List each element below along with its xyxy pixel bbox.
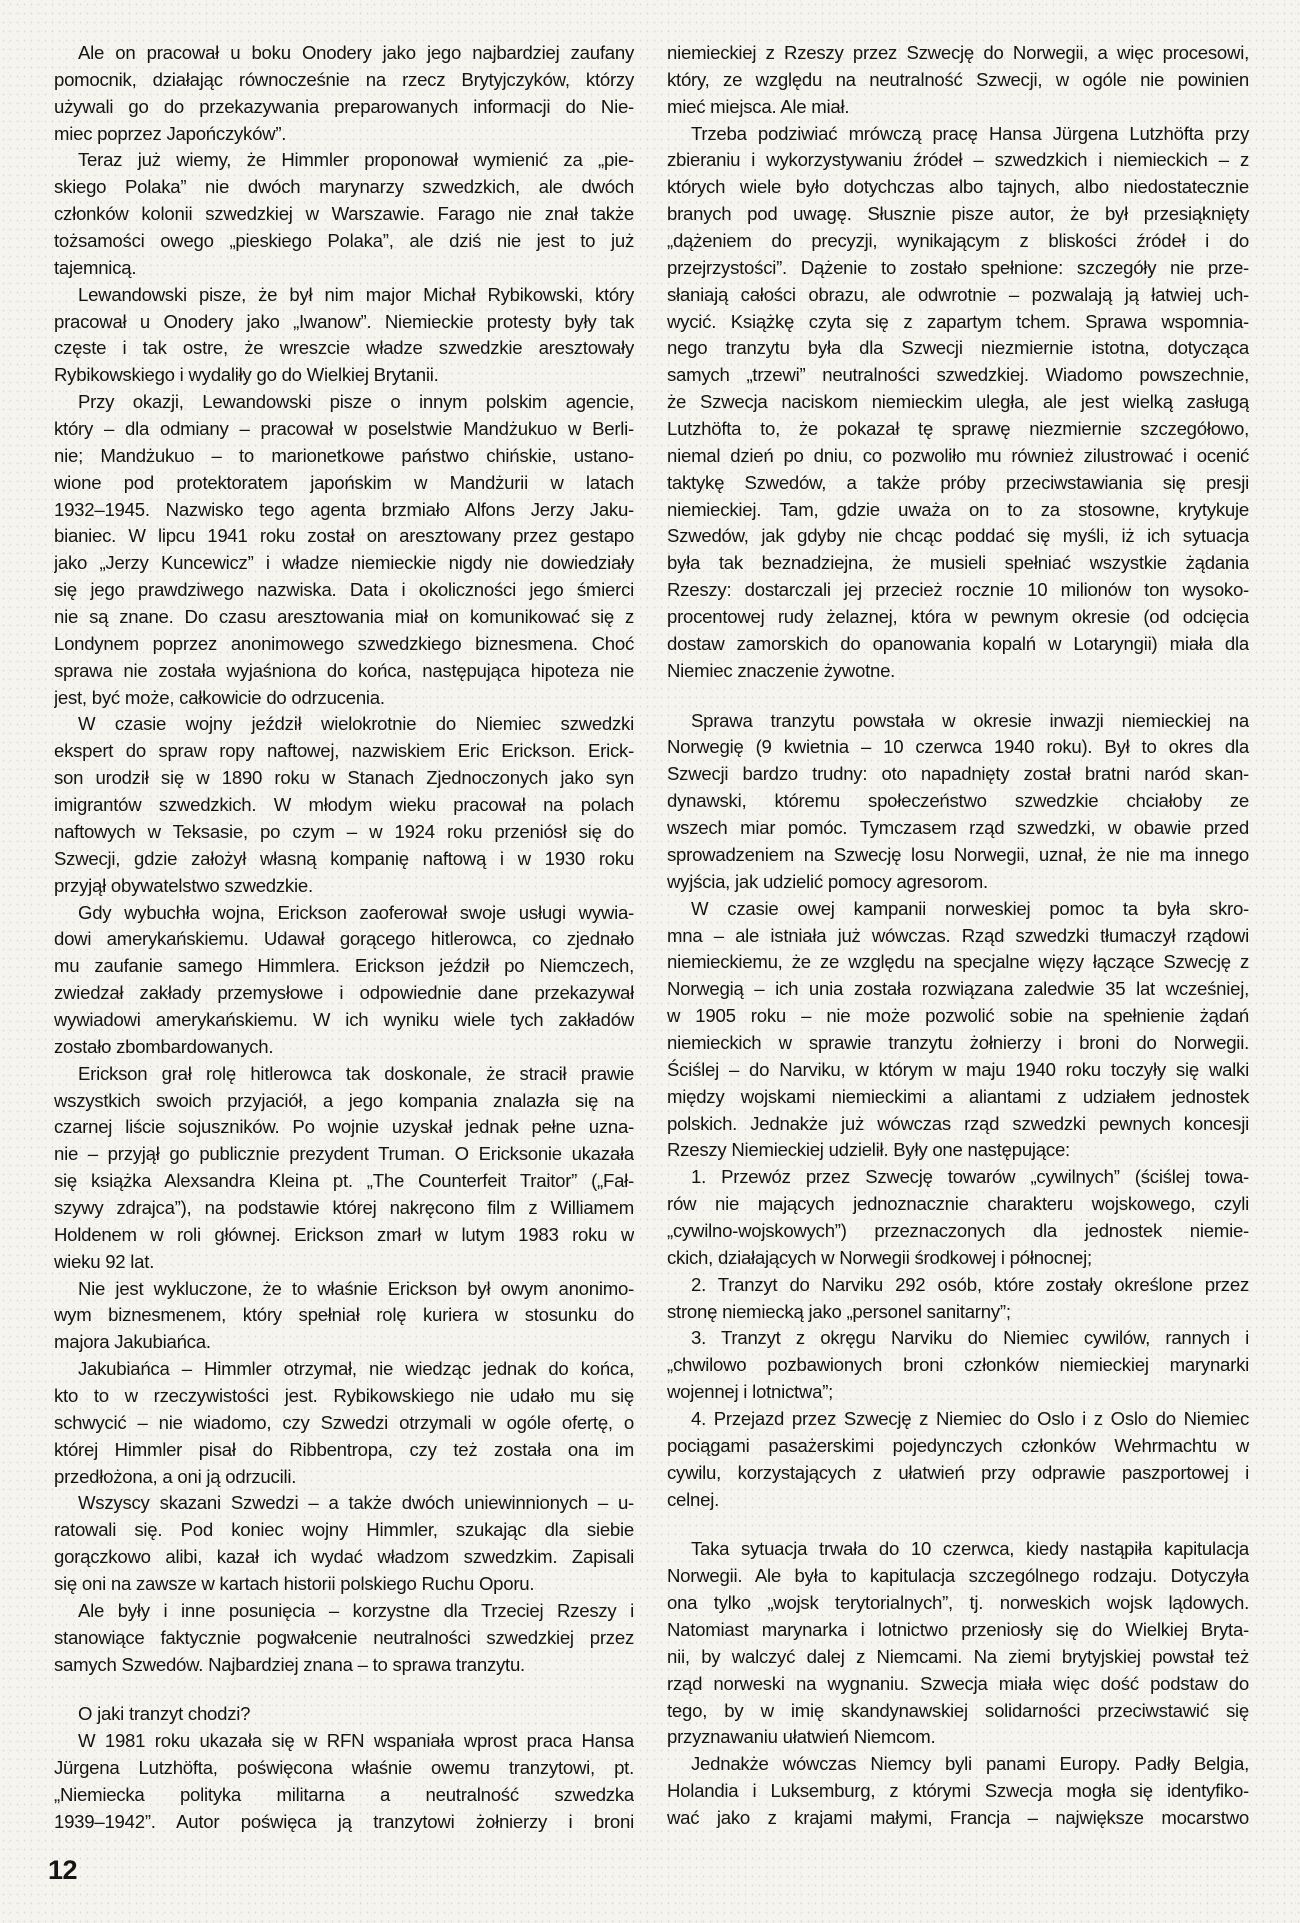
text-line: Lewandowski pisze, że był nim major Mich… <box>54 282 634 309</box>
text-line: taktykę Szwedów, a także próby przeciwst… <box>667 470 1249 497</box>
text-line: W czasie wojny jeździł wielokrotnie do N… <box>54 711 634 738</box>
text-line: nie są znane. Do czasu aresztowania miał… <box>54 604 634 631</box>
text-line: Trzeba podziwiać mrówczą pracę Hansa Jür… <box>667 121 1249 148</box>
text-line: Ale były i inne posunięcia – korzystne d… <box>54 1598 634 1625</box>
text-line: mna – ale istniała już wówczas. Rząd szw… <box>667 923 1249 950</box>
paragraph: Taka sytuacja trwała do 10 czerwca, kied… <box>667 1536 1249 1751</box>
text-line: „chwilowo pozbawionych broni członków ni… <box>667 1352 1249 1379</box>
text-line: ratowali się. Pod koniec wojny Himmler, … <box>54 1517 634 1544</box>
text-line: nie; Mandżukuo – to marionetkowe państwo… <box>54 443 634 470</box>
text-line: pracował u Onodery jako „Iwanow”. Niemie… <box>54 309 634 336</box>
text-line: Rybikowskiego i wydaliły go do Wielkiej … <box>54 362 634 389</box>
text-line: skiego Polaka” nie dwóch marynarzy szwed… <box>54 174 634 201</box>
text-line: wyjścia, jak udzielić pomocy agresorom. <box>667 869 1249 896</box>
paragraph: Erickson grał rolę hitlerowca tak doskon… <box>54 1061 634 1276</box>
section-break <box>667 685 1249 708</box>
text-line: się jego prawdziwego nazwiska. Data i ok… <box>54 577 634 604</box>
text-line: Holdenem w roli głównej. Erickson zmarł … <box>54 1222 634 1249</box>
text-line: samych „trzewi” neutralności szwedzkiej.… <box>667 362 1249 389</box>
text-line: majora Jakubiańca. <box>54 1329 634 1356</box>
text-line: Londynem poprzez anonimowego szwedzkiego… <box>54 631 634 658</box>
paragraph: Gdy wybuchła wojna, Erickson zaoferował … <box>54 900 634 1061</box>
text-line: przyznawaniu ułatwień Niemcom. <box>667 1724 1249 1751</box>
text-line: nego tranzytu była dla Szwecji niezmiern… <box>667 335 1249 362</box>
text-line: stanowiące faktycznie pogwałcenie neutra… <box>54 1625 634 1652</box>
text-line: czarnej liście sojuszników. Po wojnie uz… <box>54 1114 634 1141</box>
text-line: dowi amerykańskiemu. Udawał gorącego hit… <box>54 926 634 953</box>
text-line: częste i tak ostre, że wreszcie władze s… <box>54 335 634 362</box>
text-line: O jaki tranzyt chodzi? <box>54 1701 634 1728</box>
text-line: Rzeszy: dostarczali jej przecież rocznie… <box>667 577 1249 604</box>
text-line: Ale on pracował u boku Onodery jako jego… <box>54 40 634 67</box>
text-line: wszech miar pomóc. Tymczasem rząd szwedz… <box>667 815 1249 842</box>
text-line: tożsamości owego „pieskiego Polaka”, ale… <box>54 228 634 255</box>
text-line: 1. Przewóz przez Szwecję towarów „cywiln… <box>667 1164 1249 1191</box>
text-line: 3. Tranzyt z okręgu Narviku do Niemiec c… <box>667 1325 1249 1352</box>
text-line: Taka sytuacja trwała do 10 czerwca, kied… <box>667 1536 1249 1563</box>
text-line: mu zaufanie samego Himmlera. Erickson je… <box>54 953 634 980</box>
paragraph: Jednakże wówczas Niemcy byli panami Euro… <box>667 1751 1249 1832</box>
text-line: polskich. Jednakże już wówczas rząd szwe… <box>667 1111 1249 1138</box>
text-line: w 1905 roku – nie może pozwolić sobie na… <box>667 1003 1249 1030</box>
text-line: Teraz już wiemy, że Himmler proponował w… <box>54 147 634 174</box>
section-break <box>667 1513 1249 1536</box>
text-line: przejrzystości”. Dążenie to zostało speł… <box>667 255 1249 282</box>
paragraph: Wszyscy skazani Szwedzi – a także dwóch … <box>54 1490 634 1597</box>
text-line: 1939–1942”. Autor poświęca ją tranzytowi… <box>54 1809 634 1836</box>
text-line: niemieckiej. Tam, gdzie uważa on to za s… <box>667 497 1249 524</box>
text-line: wszystkich swoich przyjaciół, a jego kom… <box>54 1088 634 1115</box>
text-line: nii, by walczyć dalej z Niemcami. Na zie… <box>667 1644 1249 1671</box>
text-line: sprowadzeniem na Szwecję losu Norwegii, … <box>667 842 1249 869</box>
text-line: której Himmler pisał do Ribbentropa, czy… <box>54 1437 634 1464</box>
text-line: stronę niemiecką jako „personel sanitarn… <box>667 1299 1249 1326</box>
paragraph: Sprawa tranzytu powstała w okresie inwaz… <box>667 708 1249 896</box>
text-line: imigrantów szwedzkich. W młodym wieku pr… <box>54 792 634 819</box>
text-line: Jürgena Lutzhöfta, poświęcona właśnie ow… <box>54 1755 634 1782</box>
text-line: bianiec. W lipcu 1941 roku został on are… <box>54 523 634 550</box>
text-line: miec poprzez Japończyków”. <box>54 121 634 148</box>
paragraph: Ale on pracował u boku Onodery jako jego… <box>54 40 634 147</box>
page-number: 12 <box>48 1855 77 1886</box>
text-line: dostaw zamorskich do opanowania kopalń w… <box>667 631 1249 658</box>
text-line: ekspert do spraw ropy naftowej, nazwiski… <box>54 738 634 765</box>
text-line: słaniają całości obrazu, ale odwrotnie –… <box>667 282 1249 309</box>
text-line: tajemnicą. <box>54 255 634 282</box>
text-line: niemal dzień po dniu, co pozwoliło mu ró… <box>667 443 1249 470</box>
text-line: zbieraniu i wykorzystywaniu źródeł – szw… <box>667 147 1249 174</box>
text-line: samych Szwedów. Najbardziej znana – to s… <box>54 1652 634 1679</box>
text-line: procentowej rudy żelaznej, która w pewny… <box>667 604 1249 631</box>
text-line: niemieckich w sprawie tranzytu żołnierzy… <box>667 1030 1249 1057</box>
text-line: 1932–1945. Nazwisko tego agenta brzmiało… <box>54 497 634 524</box>
text-line: nie – przyjął go publicznie prezydent Tr… <box>54 1141 634 1168</box>
text-line: który – dla odmiany – pracował w poselst… <box>54 416 634 443</box>
text-line: Norwegię (9 kwietnia – 10 czerwca 1940 r… <box>667 734 1249 761</box>
text-line: „Niemiecka polityka militarna a neutraln… <box>54 1782 634 1809</box>
text-line: son urodził się w 1890 roku w Stanach Zj… <box>54 765 634 792</box>
text-line: branych pod uwagę. Słusznie pisze autor,… <box>667 201 1249 228</box>
text-line: Nie jest wykluczone, że to właśnie Erick… <box>54 1276 634 1303</box>
paragraph: Ale były i inne posunięcia – korzystne d… <box>54 1598 634 1679</box>
text-line: Rzeszy Niemieckiej udzielił. Były one na… <box>667 1137 1249 1164</box>
text-line: szywy zdrajca”), na podstawie której nak… <box>54 1195 634 1222</box>
text-line: wione pod protektoratem japońskim w Mand… <box>54 470 634 497</box>
text-line: „cywilno-wojskowych”) przeznaczonych dla… <box>667 1218 1249 1245</box>
text-line: że Szwecja naciskom niemieckim uległa, a… <box>667 389 1249 416</box>
text-line: ckich, działających w Norwegii środkowej… <box>667 1245 1249 1272</box>
text-line: 4. Przejazd przez Szwecję z Niemiec do O… <box>667 1406 1249 1433</box>
left-column: Ale on pracował u boku Onodery jako jego… <box>54 40 634 1836</box>
text-line: wywiadowi amerykańskiemu. W ich wyniku w… <box>54 1007 634 1034</box>
text-line: Sprawa tranzytu powstała w okresie inwaz… <box>667 708 1249 735</box>
paragraph: W 1981 roku ukazała się w RFN wspaniała … <box>54 1728 634 1835</box>
list-item: 2. Tranzyt do Narviku 292 osób, które zo… <box>667 1272 1249 1326</box>
text-line: Jakubiańca – Himmler otrzymał, nie wiedz… <box>54 1356 634 1383</box>
text-line: cywilu, korzystających z ułatwień przy o… <box>667 1460 1249 1487</box>
text-line: niemieckiemu, że ze względu na specjalne… <box>667 949 1249 976</box>
text-line: Ściślej – do Narviku, w którym w maju 19… <box>667 1057 1249 1084</box>
text-line: rów nie mających jednoznacznie charakter… <box>667 1191 1249 1218</box>
list-item: 4. Przejazd przez Szwecję z Niemiec do O… <box>667 1406 1249 1513</box>
text-line: „dążeniem do precyzji, wynikającym z bli… <box>667 228 1249 255</box>
text-line: wać jako z krajami małymi, Francja – naj… <box>667 1805 1249 1832</box>
paragraph: W czasie wojny jeździł wielokrotnie do N… <box>54 711 634 899</box>
text-line: W 1981 roku ukazała się w RFN wspaniała … <box>54 1728 634 1755</box>
text-line: przedłożona, a oni ją odrzucili. <box>54 1464 634 1491</box>
text-line: przyjął obywatelstwo szwedzkie. <box>54 873 634 900</box>
text-line: których wiele było dotychczas albo tajny… <box>667 174 1249 201</box>
text-line: pomocnik, działając równocześnie na rzec… <box>54 67 634 94</box>
text-line: Szwecji, gdzie założył własną kompanię n… <box>54 846 634 873</box>
text-line: tego, by w imię skandynawskiej solidarno… <box>667 1698 1249 1725</box>
text-line: dynawski, któremu społeczeństwo szwedzki… <box>667 788 1249 815</box>
text-line: niemieckiej z Rzeszy przez Szwecję do No… <box>667 40 1249 67</box>
text-line: celnej. <box>667 1487 1249 1514</box>
text-line: się oni na zawsze w kartach historii pol… <box>54 1571 634 1598</box>
text-line: wojennej i lotnictwa”; <box>667 1379 1249 1406</box>
text-line: Gdy wybuchła wojna, Erickson zaoferował … <box>54 900 634 927</box>
text-line: pociągami pasażerskimi pojedynczych czło… <box>667 1433 1249 1460</box>
text-line: kto to w rzeczywistości jest. Rybikowski… <box>54 1383 634 1410</box>
text-line: między wojskami niemieckimi a aliantami … <box>667 1084 1249 1111</box>
text-line: Norwegią – ich unia została rozwiązana z… <box>667 976 1249 1003</box>
text-line: była tak beznadziejna, że musieli spełni… <box>667 550 1249 577</box>
paragraph: niemieckiej z Rzeszy przez Szwecję do No… <box>667 40 1249 121</box>
paragraph: Lewandowski pisze, że był nim major Mich… <box>54 282 634 389</box>
text-line: rząd norweski na wygnaniu. Szwecja miała… <box>667 1671 1249 1698</box>
text-line: mieć miejsca. Ale miał. <box>667 94 1249 121</box>
paragraph: Teraz już wiemy, że Himmler proponował w… <box>54 147 634 281</box>
text-line: wym biznesmenem, który spełniał rolę kur… <box>54 1302 634 1329</box>
text-line: Szwedów, jak gdyby nie chcąc poddać się … <box>667 523 1249 550</box>
text-line: się książka Alexsandra Kleina pt. „The C… <box>54 1168 634 1195</box>
text-line: Lutzhöfta to, że pokazał tę sprawę niezm… <box>667 416 1249 443</box>
list-item: 1. Przewóz przez Szwecję towarów „cywiln… <box>667 1164 1249 1271</box>
text-line: Szwecji bardzo trudny: oto napadnięty zo… <box>667 761 1249 788</box>
text-line: Norwegii. Ale była to kapitulacja szczeg… <box>667 1563 1249 1590</box>
paragraph: Trzeba podziwiać mrówczą pracę Hansa Jür… <box>667 121 1249 685</box>
text-line: Przy okazji, Lewandowski pisze o innym p… <box>54 389 634 416</box>
text-line: używali go do przekazywania preparowanyc… <box>54 94 634 121</box>
text-line: Erickson grał rolę hitlerowca tak doskon… <box>54 1061 634 1088</box>
magazine-page: Ale on pracował u boku Onodery jako jego… <box>0 0 1300 1923</box>
right-column: niemieckiej z Rzeszy przez Szwecję do No… <box>667 40 1249 1832</box>
text-line: Wszyscy skazani Szwedzi – a także dwóch … <box>54 1490 634 1517</box>
text-line: gorączkowo alibi, kazał ich wydać władzo… <box>54 1544 634 1571</box>
paragraph: O jaki tranzyt chodzi? <box>54 1701 634 1728</box>
text-line: zostało zbombardowanych. <box>54 1034 634 1061</box>
text-line: wieku 92 lat. <box>54 1249 634 1276</box>
text-line: schwycić – nie wiadomo, czy Szwedzi otrz… <box>54 1410 634 1437</box>
text-line: 2. Tranzyt do Narviku 292 osób, które zo… <box>667 1272 1249 1299</box>
text-line: wycić. Książkę czyta się z zapartym tche… <box>667 309 1249 336</box>
paragraph: Nie jest wykluczone, że to właśnie Erick… <box>54 1276 634 1357</box>
paragraph: Przy okazji, Lewandowski pisze o innym p… <box>54 389 634 711</box>
text-line: członków kolonii szwedzkiej w Warszawie.… <box>54 201 634 228</box>
text-line: Holandia i Luksemburg, z którymi Szwecja… <box>667 1778 1249 1805</box>
text-line: który, ze względu na neutralność Szwecji… <box>667 67 1249 94</box>
text-line: Jednakże wówczas Niemcy byli panami Euro… <box>667 1751 1249 1778</box>
text-line: jest, być może, całkowicie do odrzucenia… <box>54 685 634 712</box>
paragraph: Jakubiańca – Himmler otrzymał, nie wiedz… <box>54 1356 634 1490</box>
text-line: ona tylko „wojsk terytorialnych”, tj. no… <box>667 1590 1249 1617</box>
text-line: naftowych w Teksasie, po czym – w 1924 r… <box>54 819 634 846</box>
text-line: sprawa nie została wyjaśniona do końca, … <box>54 658 634 685</box>
text-line: zwiedzał zakłady przemysłowe i odpowiedn… <box>54 980 634 1007</box>
text-line: W czasie owej kampanii norweskiej pomoc … <box>667 896 1249 923</box>
section-break <box>54 1678 634 1701</box>
list-item: 3. Tranzyt z okręgu Narviku do Niemiec c… <box>667 1325 1249 1406</box>
text-line: jako „Jerzy Kuncewicz” i władze niemieck… <box>54 550 634 577</box>
text-line: Niemiec znaczenie żywotne. <box>667 658 1249 685</box>
paragraph: W czasie owej kampanii norweskiej pomoc … <box>667 896 1249 1165</box>
text-line: Natomiast marynarka i lotnictwo przenios… <box>667 1617 1249 1644</box>
